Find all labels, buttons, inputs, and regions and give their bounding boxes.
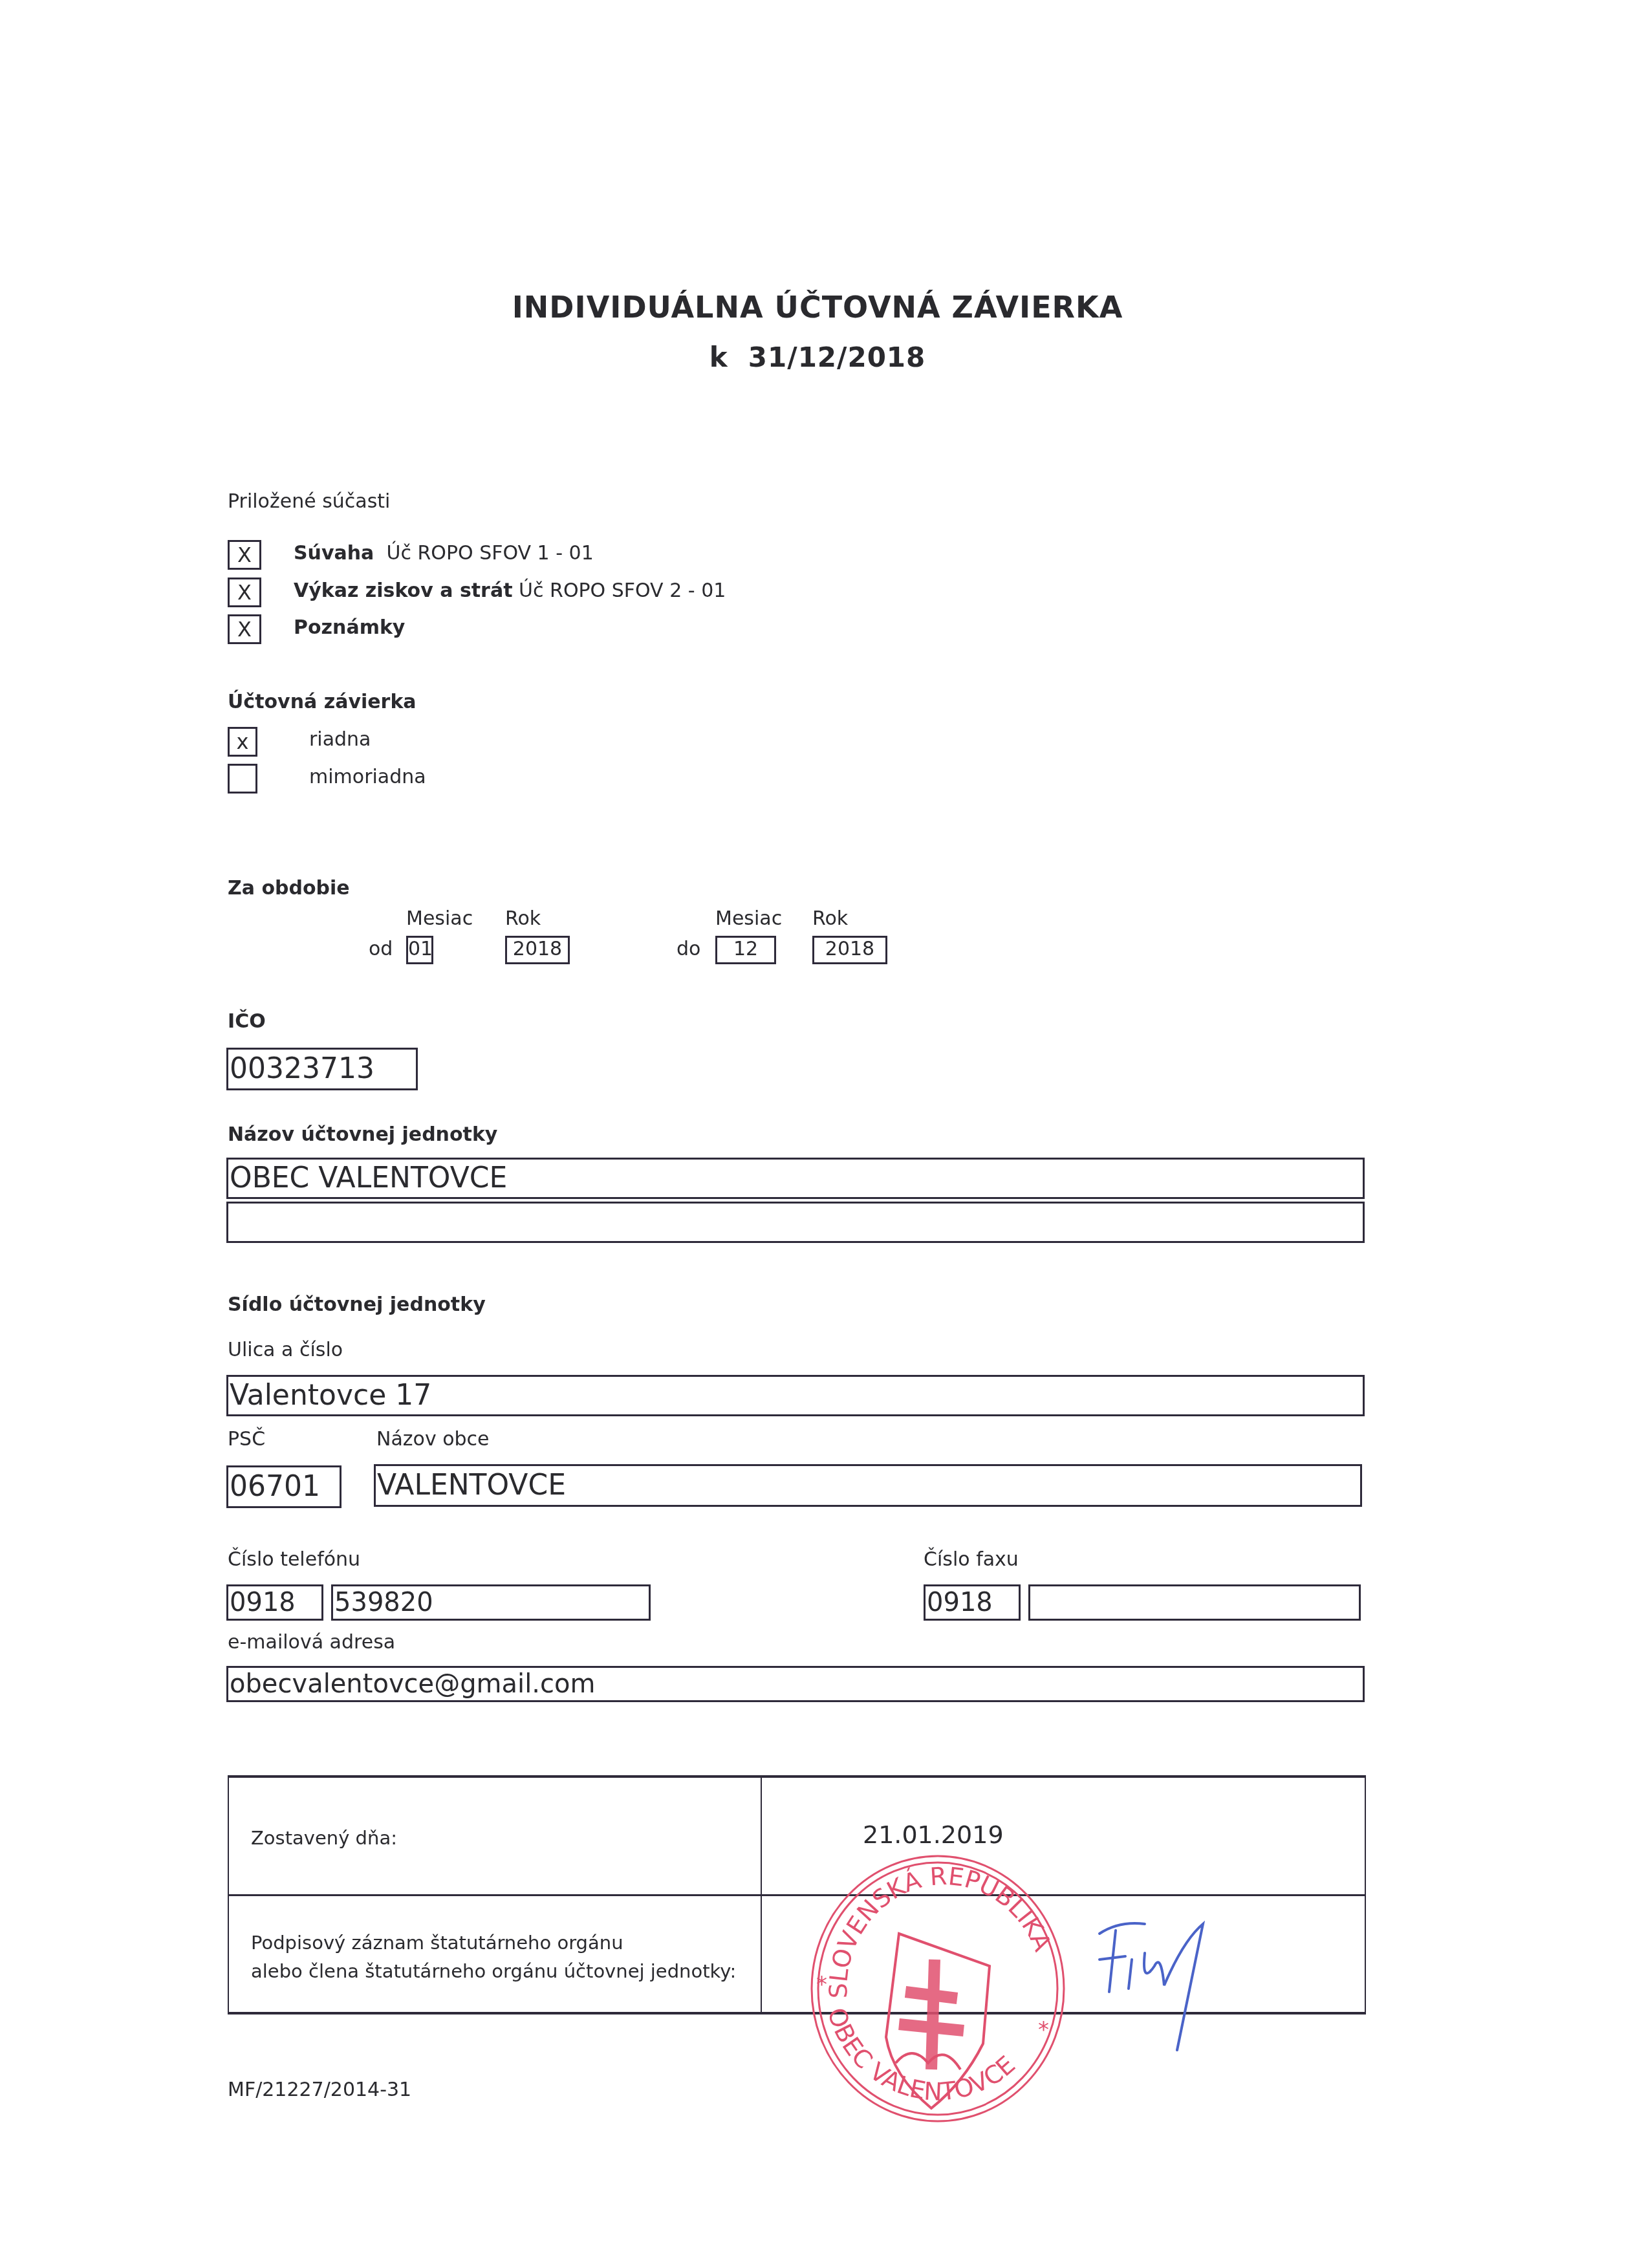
- from-label: od: [369, 938, 393, 960]
- city-label: Názov obce: [376, 1428, 490, 1451]
- from-year-field[interactable]: 2018: [505, 936, 570, 964]
- ico-label: IČO: [228, 1010, 266, 1033]
- phone-number-value: 539820: [334, 1590, 433, 1615]
- attachment-form-code: Úč ROPO SFOV 1 - 01: [386, 542, 593, 565]
- signature-label-line1: Podpisový záznam štatutárneho orgánu: [251, 1932, 623, 1954]
- table-row-divider: [229, 1894, 1365, 1896]
- ico-value: 00323713: [230, 1055, 374, 1083]
- from-month-label: Mesiac: [406, 907, 473, 930]
- street-label: Ulica a číslo: [228, 1339, 343, 1361]
- compiled-date-label: Zostavený dňa:: [251, 1827, 397, 1849]
- city-field[interactable]: VALENTOVCE: [374, 1464, 1362, 1507]
- closing-type-extraordinary-label: mimoriadna: [309, 766, 426, 788]
- street-value: Valentovce 17: [230, 1381, 431, 1410]
- entity-name-field-line1[interactable]: OBEC VALENTOVCE: [226, 1158, 1365, 1199]
- attachment-checkbox[interactable]: X: [228, 540, 261, 570]
- svg-text:*: *: [1038, 2017, 1049, 2043]
- from-year-label: Rok: [505, 907, 541, 930]
- to-year-label: Rok: [812, 907, 848, 930]
- closing-type-regular-checkbox[interactable]: x: [228, 727, 257, 757]
- from-month-field[interactable]: 01: [406, 936, 433, 964]
- email-value: obecvalentovce@gmail.com: [230, 1671, 595, 1697]
- compiled-date-value: 21.01.2019: [863, 1820, 1004, 1849]
- attachment-form-code: Úč ROPO SFOV 2 - 01: [519, 579, 726, 602]
- phone-label: Číslo telefónu: [228, 1548, 360, 1571]
- zip-field[interactable]: 06701: [226, 1465, 341, 1508]
- to-month-label: Mesiac: [715, 907, 782, 930]
- attachment-checkbox[interactable]: X: [228, 614, 261, 644]
- entity-name-value: OBEC VALENTOVCE: [230, 1164, 507, 1193]
- email-field[interactable]: obecvalentovce@gmail.com: [226, 1666, 1365, 1702]
- fax-prefix-field[interactable]: 0918: [924, 1584, 1021, 1621]
- city-value: VALENTOVCE: [377, 1471, 566, 1500]
- handwritten-signature-icon: [1093, 1914, 1242, 2057]
- phone-prefix-value: 0918: [230, 1590, 296, 1615]
- to-label: do: [677, 938, 700, 960]
- to-year-field[interactable]: 2018: [812, 936, 887, 964]
- attachment-name: Výkaz ziskov a strát: [294, 579, 513, 602]
- closing-type-regular-label: riadna: [309, 728, 371, 751]
- period-heading: Za obdobie: [228, 877, 350, 900]
- attachment-name: Súvaha: [294, 542, 374, 565]
- signature-label-line2: alebo člena štatutárneho orgánu účtovnej…: [251, 1960, 736, 1982]
- entity-name-field-line2[interactable]: [226, 1202, 1365, 1243]
- document-date: k 31/12/2018: [0, 341, 1635, 373]
- attachment-checkbox[interactable]: X: [228, 578, 261, 607]
- fax-number-field[interactable]: [1028, 1584, 1361, 1621]
- ico-field[interactable]: 00323713: [226, 1048, 418, 1090]
- zip-label: PSČ: [228, 1428, 265, 1451]
- fax-prefix-value: 0918: [927, 1590, 993, 1615]
- fax-label: Číslo faxu: [924, 1548, 1019, 1571]
- entity-name-label: Názov účtovnej jednotky: [228, 1123, 497, 1146]
- zip-value: 06701: [230, 1473, 320, 1501]
- address-heading: Sídlo účtovnej jednotky: [228, 1293, 486, 1316]
- closing-type-extraordinary-checkbox[interactable]: [228, 764, 257, 794]
- to-month-field[interactable]: 12: [715, 936, 776, 964]
- form-code: MF/21227/2014-31: [228, 2079, 411, 2101]
- attachments-heading: Priložené súčasti: [228, 490, 390, 513]
- email-label: e-mailová adresa: [228, 1631, 395, 1654]
- official-stamp-icon: SLOVENSKÁ REPUBLIKA OBEC VALENTOVCE * *: [802, 1850, 1080, 2128]
- document-title: INDIVIDUÁLNA ÚČTOVNÁ ZÁVIERKA: [0, 290, 1635, 325]
- svg-text:*: *: [816, 1972, 827, 1998]
- phone-prefix-field[interactable]: 0918: [226, 1584, 323, 1621]
- closing-type-heading: Účtovná závierka: [228, 691, 417, 713]
- phone-number-field[interactable]: 539820: [331, 1584, 651, 1621]
- attachment-name: Poznámky: [294, 616, 405, 639]
- street-field[interactable]: Valentovce 17: [226, 1375, 1365, 1416]
- svg-text:SLOVENSKÁ REPUBLIKA: SLOVENSKÁ REPUBLIKA: [824, 1862, 1057, 1999]
